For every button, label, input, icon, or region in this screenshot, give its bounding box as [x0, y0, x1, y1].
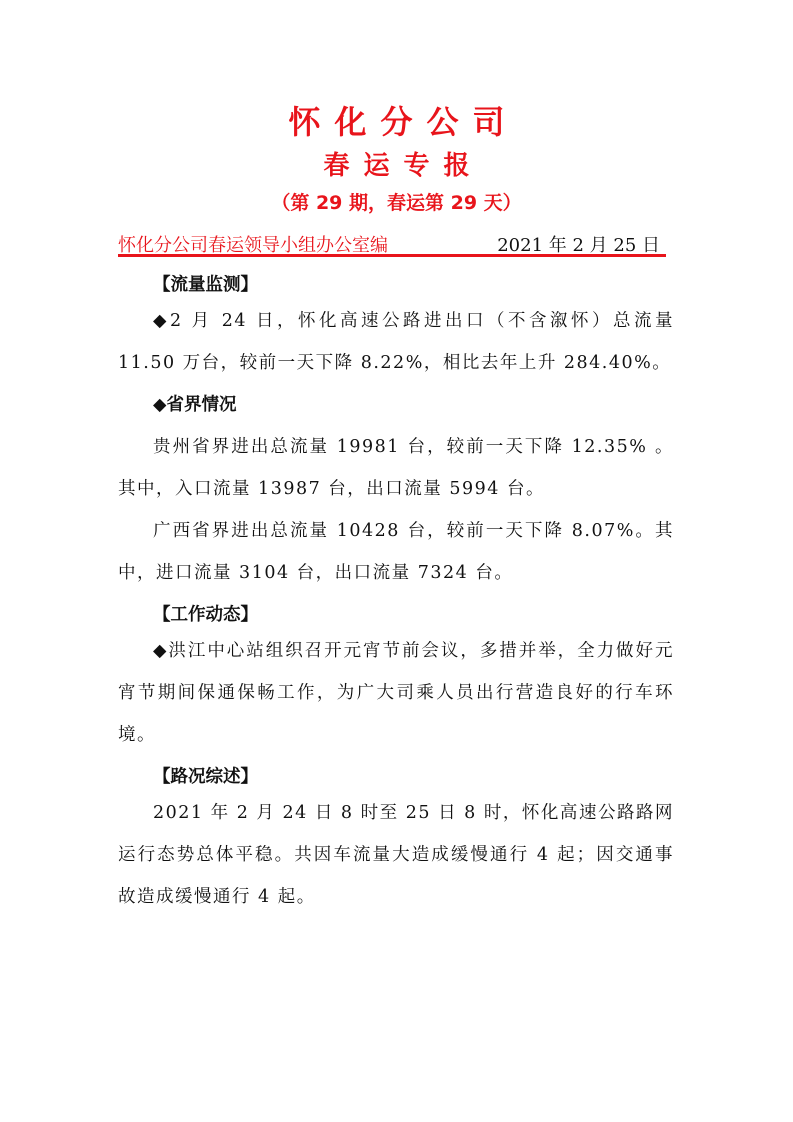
heading-traffic-monitoring: 【流量监测】 [118, 270, 674, 300]
heading-provincial-border: ◆省界情况 [118, 390, 674, 420]
paragraph-traffic-monitoring: ◆2 月 24 日，怀化高速公路进出口（不含溆怀）总流量 11.50 万台，较前… [118, 300, 674, 384]
red-divider [118, 254, 666, 257]
heading-road-summary: 【路况综述】 [118, 762, 674, 792]
heading-work-updates: 【工作动态】 [118, 600, 674, 630]
issue-number: （第 29 期，春运第 29 天） [0, 188, 793, 215]
editor-line: 怀化分公司春运领导小组办公室编 2021 年 2 月 25 日 [118, 231, 666, 255]
paragraph-work-updates: ◆洪江中心站组织召开元宵节前会议，多措并举，全力做好元宵节期间保通保畅工作，为广… [118, 630, 674, 756]
document-title: 怀化分公司 [0, 97, 793, 143]
paragraph-guizhou-border: 贵州省界进出总流量 19981 台，较前一天下降 12.35% 。其中，入口流量… [118, 426, 674, 510]
document-body: 【流量监测】 ◆2 月 24 日，怀化高速公路进出口（不含溆怀）总流量 11.5… [118, 270, 674, 918]
document-subtitle: 春运专报 [0, 145, 793, 182]
paragraph-guangxi-border: 广西省界进出总流量 10428 台，较前一天下降 8.07%。其中，进口流量 3… [118, 510, 674, 594]
paragraph-road-summary: 2021 年 2 月 24 日 8 时至 25 日 8 时，怀化高速公路路网运行… [118, 792, 674, 918]
